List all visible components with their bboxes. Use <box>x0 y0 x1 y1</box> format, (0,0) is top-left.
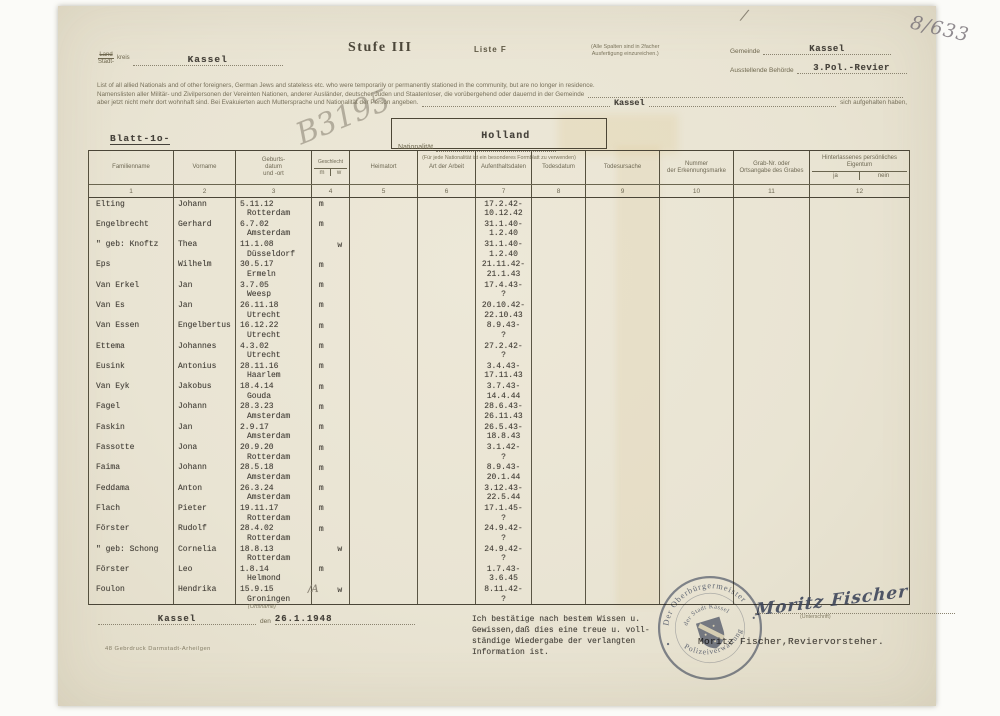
kreis-value-line: Kassel <box>133 54 283 66</box>
behoerde-field: Ausstellende Behörde 3.Pol.-Revier <box>730 63 907 74</box>
cell-surname: " geb: Schong <box>89 543 173 564</box>
table-row: Feddama Anton 26.3.24Amsterdam m 3.12.43… <box>89 482 909 502</box>
cell-eigentum <box>809 381 909 402</box>
sex-m: m <box>312 401 331 422</box>
sex-w: w <box>331 239 350 260</box>
cell-erkennungsmarke <box>659 543 733 564</box>
col-label: Nummer der Erkennungsmarke <box>667 161 726 175</box>
col-label: Art der Arbeit <box>429 164 464 171</box>
print-imprint: 48 Gebrdruck Darmstadt-Arheilgen <box>105 646 211 652</box>
kreis-field: Land Stadt- kreis Kassel <box>98 52 283 66</box>
cell-sex: m <box>311 462 349 483</box>
cell-aufenthalt: 24.9.42-? <box>475 523 531 544</box>
cell-todesdatum <box>531 198 585 219</box>
cell-erkennungsmarke <box>659 381 733 402</box>
land-stadt-label: Land Stadt- <box>98 52 114 65</box>
cell-erkennungsmarke <box>659 259 733 280</box>
cell-todesdatum <box>531 381 585 402</box>
sub-m: m <box>314 169 330 177</box>
cell-firstname: Wilhelm <box>173 259 235 280</box>
col-label: Familienname <box>112 164 150 171</box>
cell-aufenthalt: 17.1.45-? <box>475 502 531 523</box>
sex-m: m <box>312 279 331 300</box>
cell-arbeit <box>417 482 475 503</box>
cell-heimatort <box>349 198 417 219</box>
col-num: 1 <box>89 185 173 197</box>
sex-m: m <box>312 340 331 361</box>
table-row: Engelbrecht Gerhard 6.7.02Amsterdam m 31… <box>89 218 909 238</box>
table-row: Faskin Jan 2.9.17Amsterdam m 26.5.43-18.… <box>89 421 909 441</box>
cell-todesursache <box>585 320 659 341</box>
cell-sex: w <box>311 239 349 260</box>
cell-arbeit <box>417 381 475 402</box>
cell-sex: m <box>311 198 349 219</box>
behoerde-label: Ausstellende Behörde <box>730 67 794 74</box>
signature-caption: (Unterschrift) <box>800 614 963 620</box>
table-row: Fassotte Jona 20.9.20Rotterdam m 3.1.42-… <box>89 442 909 462</box>
cell-surname: Van Es <box>89 299 173 320</box>
intro-line-de3: sich aufgehalten haben, <box>840 99 907 108</box>
cell-heimatort <box>349 299 417 320</box>
cell-heimatort <box>349 259 417 280</box>
gemeinde-field: Gemeinde Kassel <box>730 44 891 55</box>
cell-todesursache <box>585 340 659 361</box>
cell-birth: 19.11.17Rotterdam <box>235 502 311 523</box>
sex-w <box>331 299 350 320</box>
gemeinde-value: Kassel <box>809 44 844 54</box>
sex-w <box>331 259 350 280</box>
cell-aufenthalt: 1.7.43-3.6.45 <box>475 563 531 584</box>
cell-arbeit <box>417 360 475 381</box>
cell-birth: 28.5.18Amsterdam <box>235 462 311 483</box>
cell-todesdatum <box>531 340 585 361</box>
cell-eigentum <box>809 299 909 320</box>
table-row: Faima Johann 28.5.18Amsterdam m 8.9.43-2… <box>89 462 909 482</box>
cell-aufenthalt: 21.11.42-21.1.43 <box>475 259 531 280</box>
cell-todesursache <box>585 523 659 544</box>
cell-firstname: Johann <box>173 198 235 219</box>
cell-todesursache <box>585 421 659 442</box>
intro-text: List of all allied Nationals and of othe… <box>97 82 907 108</box>
land-label: Land <box>98 52 114 58</box>
cell-eigentum <box>809 502 909 523</box>
cell-firstname: Jona <box>173 442 235 463</box>
cell-surname: Eusink <box>89 360 173 381</box>
cell-todesursache <box>585 259 659 280</box>
sex-m <box>312 543 331 564</box>
cell-firstname: Johann <box>173 401 235 422</box>
place-date-line: Kassel den 26.1.1948 <box>98 614 415 625</box>
cell-todesursache <box>585 442 659 463</box>
cell-sex: m <box>311 523 349 544</box>
table-row: Eps Wilhelm 30.5.17Ermeln m 21.11.42-21.… <box>89 259 909 279</box>
table-row: Eusink Antonius 28.11.16Haarlem m 3.4.43… <box>89 360 909 380</box>
cell-sex: m <box>311 502 349 523</box>
blatt-label: Blatt-1o- <box>110 133 170 145</box>
cell-aufenthalt: 27.2.42-? <box>475 340 531 361</box>
kreis-label: kreis <box>117 55 130 61</box>
archive-number: 8/633 <box>908 12 971 47</box>
cell-heimatort <box>349 462 417 483</box>
cell-birth: 1.8.14Helmond <box>235 563 311 584</box>
nationality-value: Holland <box>481 131 530 142</box>
cell-birth: 30.5.17Ermeln <box>235 259 311 280</box>
sex-w <box>331 360 350 381</box>
cell-grab <box>733 482 809 503</box>
cell-heimatort <box>349 584 417 605</box>
cell-sex: m <box>311 401 349 422</box>
cell-erkennungsmarke <box>659 442 733 463</box>
sex-m: m <box>312 442 331 463</box>
copy-note: (Alle Spalten sind in 2facher Ausfertigu… <box>591 44 659 57</box>
cell-todesursache <box>585 381 659 402</box>
cell-grab <box>733 442 809 463</box>
cell-todesdatum <box>531 462 585 483</box>
pencil-tick: / <box>740 6 749 25</box>
cell-grab <box>733 299 809 320</box>
cell-erkennungsmarke <box>659 421 733 442</box>
cell-arbeit <box>417 239 475 260</box>
cell-heimatort <box>349 320 417 341</box>
confirmation-text: Ich bestätige nach bestem Wissen u. Gewi… <box>472 614 650 658</box>
cell-birth: 3.7.05Weesp <box>235 279 311 300</box>
cell-grab <box>733 401 809 422</box>
col-num: 9 <box>585 185 659 197</box>
sub-w: w <box>330 169 347 177</box>
sex-m: m <box>312 198 331 219</box>
cell-heimatort <box>349 543 417 564</box>
dotted-blank <box>422 106 610 107</box>
place-value: Kassel <box>158 614 196 624</box>
cell-firstname: Anton <box>173 482 235 503</box>
cell-todesdatum <box>531 584 585 605</box>
cell-todesdatum <box>531 421 585 442</box>
cell-eigentum <box>809 563 909 584</box>
cell-todesdatum <box>531 442 585 463</box>
table-row: Förster Rudolf 28.4.02Rotterdam m 24.9.4… <box>89 523 909 543</box>
cell-grab <box>733 340 809 361</box>
cell-todesdatum <box>531 218 585 239</box>
date-line: 26.1.1948 <box>275 614 415 625</box>
nationality-box: Nationalität Holland (Für jede Nationali… <box>391 118 607 149</box>
cell-eigentum <box>809 198 909 219</box>
cell-firstname: Gerhard <box>173 218 235 239</box>
cell-arbeit <box>417 523 475 544</box>
cell-aufenthalt: 3.7.43-14.4.44 <box>475 381 531 402</box>
cell-todesursache <box>585 401 659 422</box>
cell-grab <box>733 421 809 442</box>
col-num: 5 <box>349 185 417 197</box>
col-grab-nr: Grab-Nr. oder Ortsangabe des Grabes <box>733 151 809 184</box>
cell-grab <box>733 381 809 402</box>
cell-todesdatum <box>531 279 585 300</box>
col-label: Todesdatum <box>542 164 575 171</box>
cell-todesursache <box>585 502 659 523</box>
cell-todesdatum <box>531 482 585 503</box>
cell-todesdatum <box>531 299 585 320</box>
cell-erkennungsmarke <box>659 502 733 523</box>
cell-firstname: Jan <box>173 279 235 300</box>
cell-surname: " geb: Knoftz <box>89 239 173 260</box>
col-num: 11 <box>733 185 809 197</box>
cell-arbeit <box>417 442 475 463</box>
cell-birth: 18.8.13Rotterdam <box>235 543 311 564</box>
cell-surname: Faima <box>89 462 173 483</box>
cell-todesdatum <box>531 239 585 260</box>
cell-todesursache <box>585 563 659 584</box>
table-row: Flach Pieter 19.11.17Rotterdam m 17.1.45… <box>89 502 909 522</box>
cell-grab <box>733 523 809 544</box>
cell-heimatort <box>349 401 417 422</box>
sex-m: m <box>312 259 331 280</box>
table-row: Ettema Johannes 4.3.02Utrecht m 27.2.42-… <box>89 340 909 360</box>
pencil-mark: /A <box>308 584 319 595</box>
cell-surname: Förster <box>89 563 173 584</box>
cell-heimatort <box>349 523 417 544</box>
table-row: " geb: Knoftz Thea 11.1.08Düsseldorf w 3… <box>89 239 909 259</box>
signature-block: Moritz Fischer (Unterschrift) <box>755 591 963 620</box>
cell-arbeit <box>417 401 475 422</box>
cell-sex: m <box>311 482 349 503</box>
cell-erkennungsmarke <box>659 198 733 219</box>
sex-w <box>331 279 350 300</box>
cell-aufenthalt: 24.9.42-? <box>475 543 531 564</box>
cell-arbeit <box>417 279 475 300</box>
table-row: Fagel Johann 28.3.23Amsterdam m 28.6.43-… <box>89 401 909 421</box>
cell-erkennungsmarke <box>659 462 733 483</box>
table-row: Elting Johann 5.11.12Rotterdam m 17.2.42… <box>89 198 909 218</box>
cell-arbeit <box>417 198 475 219</box>
copy-note-line2: Ausfertigung einzureichen.) <box>591 51 659 58</box>
cell-todesdatum <box>531 360 585 381</box>
cell-grab <box>733 462 809 483</box>
cell-aufenthalt: 31.1.40-1.2.40 <box>475 239 531 260</box>
sub-ja: ja <box>812 172 859 180</box>
cell-eigentum <box>809 543 909 564</box>
cell-birth: 28.3.23Amsterdam <box>235 401 311 422</box>
registration-table: Familienname Vorname Geburts- datum und … <box>88 150 910 605</box>
gemeinde-inline-value: Kassel <box>614 99 645 108</box>
cell-todesursache <box>585 299 659 320</box>
statement-line: ständige Wiedergabe der verlangten <box>472 636 650 647</box>
cell-heimatort <box>349 442 417 463</box>
cell-erkennungsmarke <box>659 279 733 300</box>
cell-sex: w <box>311 543 349 564</box>
cell-sex: m <box>311 340 349 361</box>
col-num: 3 <box>235 185 311 197</box>
cell-eigentum <box>809 279 909 300</box>
sex-w: w <box>331 584 350 605</box>
cell-erkennungsmarke <box>659 299 733 320</box>
sex-w <box>331 320 350 341</box>
cell-todesursache <box>585 198 659 219</box>
cell-todesursache <box>585 482 659 503</box>
cell-todesursache <box>585 543 659 564</box>
cell-firstname: Jan <box>173 421 235 442</box>
col-erkennungsmarke: Nummer der Erkennungsmarke <box>659 151 733 184</box>
cell-surname: Van Erkel <box>89 279 173 300</box>
cell-arbeit <box>417 584 475 605</box>
cell-heimatort <box>349 381 417 402</box>
cell-todesursache <box>585 462 659 483</box>
table-row: Van Essen Engelbertus 16.12.22Utrecht m … <box>89 320 909 340</box>
cell-birth: 26.11.18Utrecht <box>235 299 311 320</box>
dotted-blank <box>649 106 837 107</box>
col-num: 10 <box>659 185 733 197</box>
sex-w <box>331 442 350 463</box>
sex-w <box>331 218 350 239</box>
den-label: den <box>260 618 271 625</box>
sex-w <box>331 340 350 361</box>
cell-aufenthalt: 8.9.43-20.1.44 <box>475 462 531 483</box>
cell-surname: Faskin <box>89 421 173 442</box>
cell-surname: Engelbrecht <box>89 218 173 239</box>
cell-todesdatum <box>531 523 585 544</box>
table-body: Elting Johann 5.11.12Rotterdam m 17.2.42… <box>89 198 909 605</box>
sex-w <box>331 381 350 402</box>
col-label: Geburts- datum und -ort <box>262 157 285 177</box>
sex-m: m <box>312 299 331 320</box>
cell-eigentum <box>809 320 909 341</box>
col-familienname: Familienname <box>89 151 173 184</box>
cell-erkennungsmarke <box>659 340 733 361</box>
cell-arbeit <box>417 340 475 361</box>
cell-todesursache <box>585 218 659 239</box>
cell-surname: Eps <box>89 259 173 280</box>
cell-todesdatum <box>531 259 585 280</box>
kreis-value: Kassel <box>188 54 228 65</box>
cell-sex: m <box>311 563 349 584</box>
cell-birth: 2.9.17Amsterdam <box>235 421 311 442</box>
sex-m: m <box>312 320 331 341</box>
cell-eigentum <box>809 239 909 260</box>
cell-erkennungsmarke <box>659 523 733 544</box>
cell-birth: 4.3.02Utrecht <box>235 340 311 361</box>
table-header: Familienname Vorname Geburts- datum und … <box>89 150 909 198</box>
cell-birth: 20.9.20Rotterdam <box>235 442 311 463</box>
cell-surname: Förster <box>89 523 173 544</box>
cell-eigentum <box>809 360 909 381</box>
liste-label: Liste F <box>474 45 507 54</box>
cell-birth: 16.12.22Utrecht <box>235 320 311 341</box>
cell-eigentum <box>809 218 909 239</box>
statement-line: Information ist. <box>472 647 650 658</box>
col-label: Grab-Nr. oder Ortsangabe des Grabes <box>739 161 803 175</box>
sex-w <box>331 462 350 483</box>
statement-line: Ich bestätige nach bestem Wissen u. <box>472 614 650 625</box>
col-geschlecht: Geschlecht mw <box>311 151 349 184</box>
cell-firstname: Hendrika <box>173 584 235 605</box>
cell-erkennungsmarke <box>659 320 733 341</box>
cell-todesdatum <box>531 543 585 564</box>
statement-line: Gewissen,daß dies eine treue u. voll- <box>472 625 650 636</box>
nationality-value-line: Holland <box>436 123 556 153</box>
sex-m: m <box>312 360 331 381</box>
cell-erkennungsmarke <box>659 360 733 381</box>
cell-firstname: Johannes <box>173 340 235 361</box>
intro-line-de: Namenslisten aller Militär- und Zivilper… <box>97 91 584 100</box>
cell-surname: Ettema <box>89 340 173 361</box>
cell-arbeit <box>417 259 475 280</box>
cell-firstname: Antonius <box>173 360 235 381</box>
cell-firstname: Cornelia <box>173 543 235 564</box>
cell-surname: Foulon <box>89 584 173 605</box>
col-label: Geschlecht <box>318 159 343 166</box>
sex-m: m <box>312 482 331 503</box>
cell-heimatort <box>349 218 417 239</box>
sex-m: m <box>312 218 331 239</box>
cell-heimatort <box>349 360 417 381</box>
cell-heimatort <box>349 502 417 523</box>
cell-firstname: Jakobus <box>173 381 235 402</box>
col-label: Heimatort <box>370 164 396 171</box>
cell-erkennungsmarke <box>659 401 733 422</box>
cell-arbeit <box>417 543 475 564</box>
cell-heimatort <box>349 482 417 503</box>
cell-birth: 15.9.15Groningen <box>235 584 311 605</box>
cell-birth: 18.4.14Gouda <box>235 381 311 402</box>
behoerde-value-line: 3.Pol.-Revier <box>797 63 907 74</box>
column-numbers: 1 2 3 4 5 6 7 8 9 10 11 12 <box>89 184 909 197</box>
paper-sheet: / 8/633 B3195 Land Stadt- kreis Kassel S… <box>58 6 936 706</box>
cell-firstname: Johann <box>173 462 235 483</box>
cell-firstname: Rudolf <box>173 523 235 544</box>
table-row: Van Erkel Jan 3.7.05Weesp m 17.4.43-? <box>89 279 909 299</box>
cell-aufenthalt: 8.9.43-? <box>475 320 531 341</box>
sex-w: w <box>331 543 350 564</box>
cell-arbeit <box>417 563 475 584</box>
cell-todesursache <box>585 239 659 260</box>
cell-arbeit <box>417 218 475 239</box>
cell-sex: m <box>311 218 349 239</box>
sex-m: m <box>312 563 331 584</box>
cell-todesdatum <box>531 320 585 341</box>
col-todesursache: Todesursache <box>585 151 659 184</box>
col-num: 4 <box>311 185 349 197</box>
cell-eigentum <box>809 523 909 544</box>
cell-sex: m <box>311 299 349 320</box>
cell-surname: Fagel <box>89 401 173 422</box>
col-label: Todesursache <box>604 164 641 171</box>
cell-erkennungsmarke <box>659 482 733 503</box>
cell-heimatort <box>349 239 417 260</box>
intro-line-en: List of all allied Nationals and of othe… <box>97 82 907 91</box>
intro-line-de2: aber jetzt nicht mehr dort wohnhaft sind… <box>97 99 418 108</box>
cell-heimatort <box>349 340 417 361</box>
col-art-der-arbeit: Art der Arbeit <box>417 151 475 184</box>
cell-birth: 28.4.02Rotterdam <box>235 523 311 544</box>
sex-w <box>331 401 350 422</box>
cell-sex: m <box>311 442 349 463</box>
sex-m <box>312 239 331 260</box>
cell-aufenthalt: 31.1.40-1.2.40 <box>475 218 531 239</box>
cell-erkennungsmarke <box>659 218 733 239</box>
sub-nein: nein <box>859 172 907 180</box>
sex-w <box>331 198 350 219</box>
cell-heimatort <box>349 563 417 584</box>
col-num: 7 <box>475 185 531 197</box>
cell-eigentum <box>809 462 909 483</box>
sex-w <box>331 421 350 442</box>
table-row: Förster Leo 1.8.14Helmond m 1.7.43-3.6.4… <box>89 563 909 583</box>
table-row: Van Es Jan 26.11.18Utrecht m 20.10.42-22… <box>89 299 909 319</box>
sex-m: m <box>312 381 331 402</box>
cell-grab <box>733 218 809 239</box>
cell-aufenthalt: 3.4.43-17.11.43 <box>475 360 531 381</box>
form-title: Stufe III <box>348 40 412 56</box>
cell-heimatort <box>349 421 417 442</box>
scanned-document-page: { "page": { "archive_mark": "8/633", "co… <box>0 0 1000 716</box>
